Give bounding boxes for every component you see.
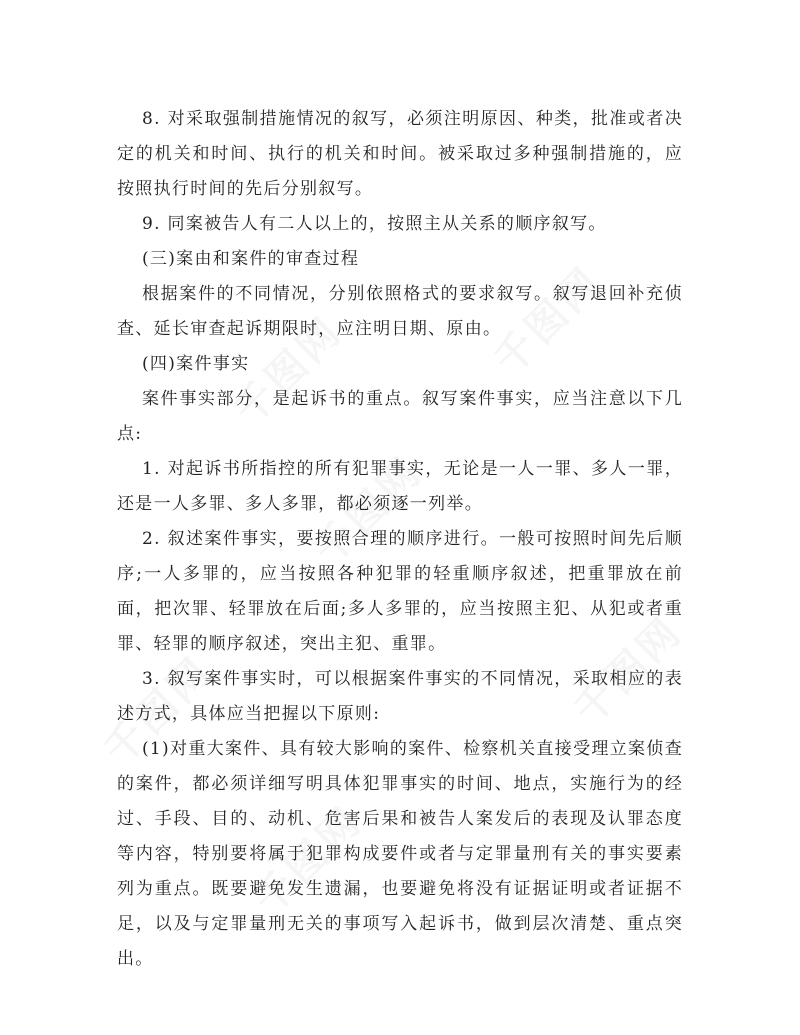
paragraph-principle-1: (1)对重大案件、具有较大影响的案件、检察机关直接受理立案侦查的案件，都必须详细… xyxy=(117,732,683,977)
paragraph-item-9: 9. 同案被告人有二人以上的，按照主从关系的顺序叙写。 xyxy=(117,207,683,242)
paragraph-point-2: 2. 叙述案件事实，要按照合理的顺序进行。一般可按照时间先后顺序;一人多罪的，应… xyxy=(117,522,683,662)
paragraph-point-3: 3. 叙写案件事实时，可以根据案件事实的不同情况，采取相应的表述方式，具体应当把… xyxy=(117,662,683,732)
document-body: 8. 对采取强制措施情况的叙写，必须注明原因、种类，批准或者决定的机关和时间、执… xyxy=(117,102,683,977)
section-heading-4: (四)案件事实 xyxy=(117,347,683,382)
paragraph-section-3-body: 根据案件的不同情况，分别依照格式的要求叙写。叙写退回补充侦查、延长审查起诉期限时… xyxy=(117,277,683,347)
section-heading-3: (三)案由和案件的审查过程 xyxy=(117,242,683,277)
paragraph-item-8: 8. 对采取强制措施情况的叙写，必须注明原因、种类，批准或者决定的机关和时间、执… xyxy=(117,102,683,207)
paragraph-point-1: 1. 对起诉书所指控的所有犯罪事实，无论是一人一罪、多人一罪，还是一人多罪、多人… xyxy=(117,452,683,522)
paragraph-section-4-intro: 案件事实部分，是起诉书的重点。叙写案件事实，应当注意以下几点: xyxy=(117,382,683,452)
